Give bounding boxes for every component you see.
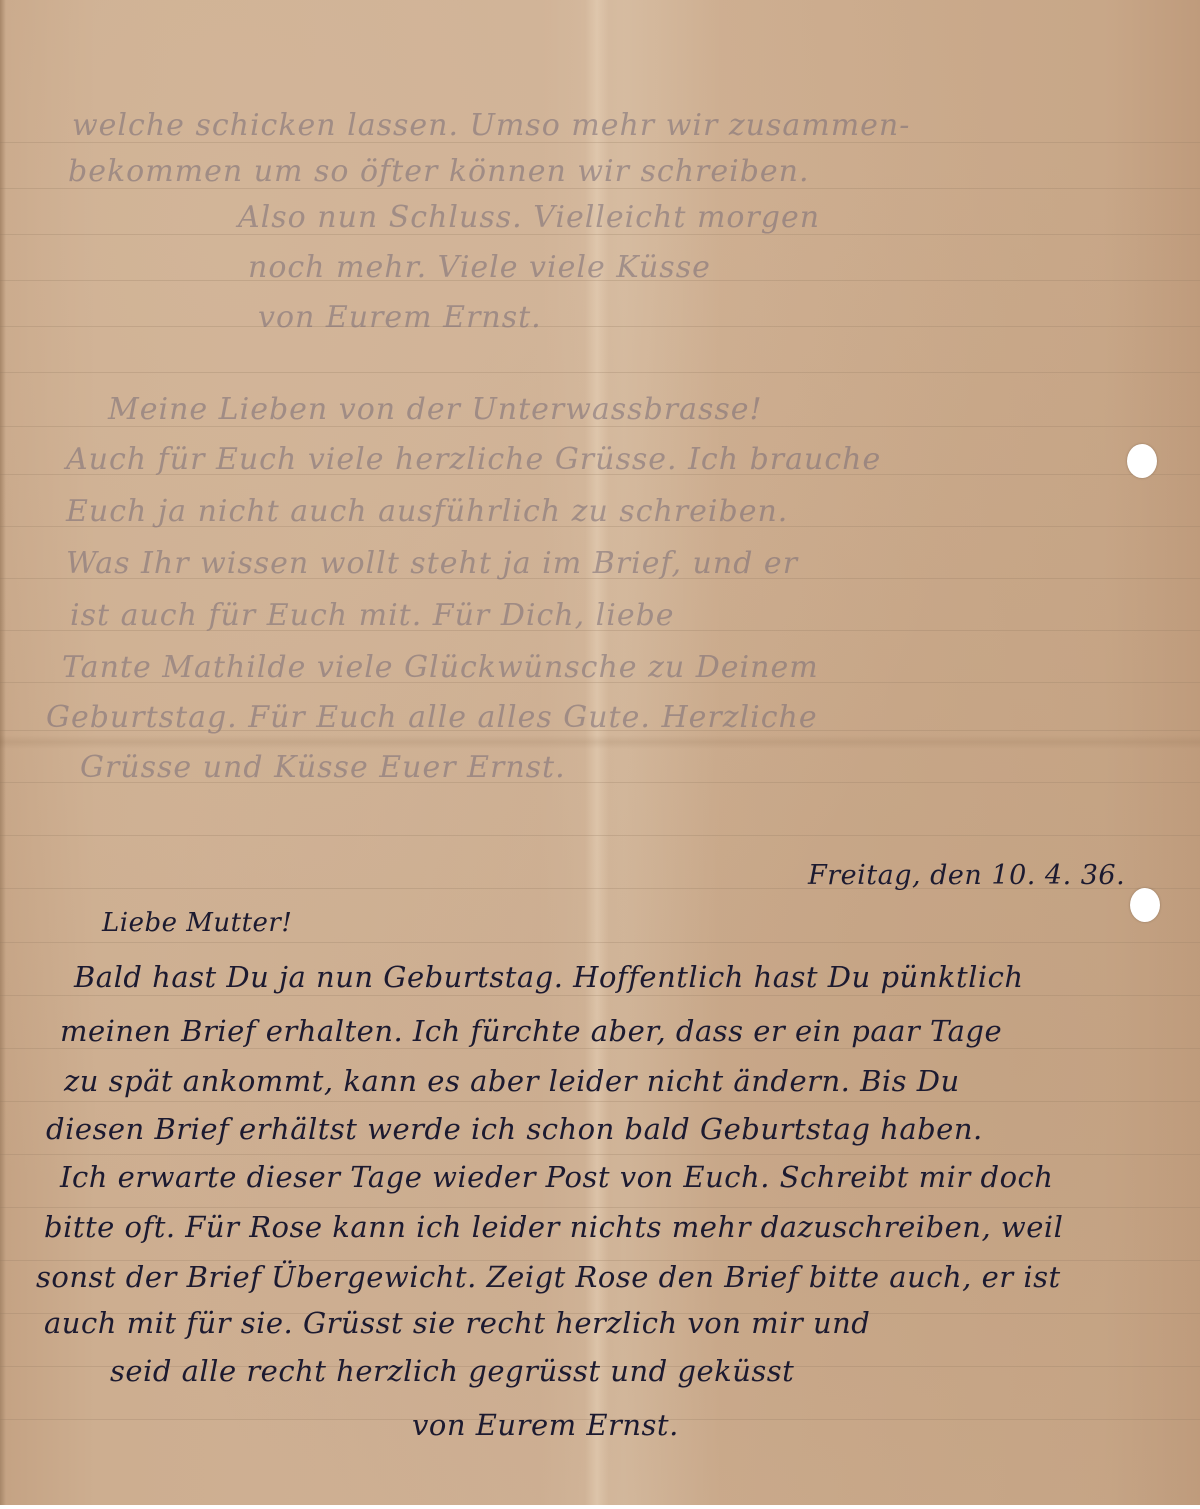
body-line: auch mit für sie. Grüsst sie recht herzl… [44,1306,870,1340]
body-line: sonst der Brief Übergewicht. Zeigt Rose … [36,1260,1061,1294]
pencil-line: bekommen um so öfter können wir schreibe… [68,154,810,189]
ruled-line [0,995,1200,996]
pencil-line: Euch ja nicht auch ausführlich zu schrei… [66,494,788,529]
pencil-greeting: Meine Lieben von der Unterwassbrasse! [108,392,763,427]
pencil-line: Tante Mathilde viele Glückwünsche zu Dei… [62,650,819,685]
pencil-line: Auch für Euch viele herzliche Grüsse. Ic… [66,442,881,477]
pencil-line: Was Ihr wissen wollt steht ja im Brief, … [66,546,798,581]
body-line: Bald hast Du ja nun Geburtstag. Hoffentl… [74,960,1024,994]
salutation: Liebe Mutter! [102,908,292,938]
ruled-line [0,372,1200,373]
pencil-line: welche schicken lassen. Umso mehr wir zu… [72,108,910,143]
body-line: seid alle recht herzlich gegrüsst und ge… [110,1354,794,1388]
body-line: Ich erwarte dieser Tage wieder Post von … [60,1160,1053,1194]
letter-page: welche schicken lassen. Umso mehr wir zu… [0,0,1200,1509]
body-line: meinen Brief erhalten. Ich fürchte aber,… [60,1014,1002,1048]
pencil-line: Also nun Schluss. Vielleicht morgen [238,200,820,235]
punch-hole [1130,888,1160,922]
body-line: zu spät ankommt, kann es aber leider nic… [64,1064,960,1098]
scan-bottom-edge [0,1505,1200,1509]
ruled-line [0,1101,1200,1102]
paper-edge-shadow [0,0,6,1509]
pencil-line: Geburtstag. Für Euch alle alles Gute. He… [46,700,818,735]
closing-signature: von Eurem Ernst. [412,1408,679,1442]
pencil-line: noch mehr. Viele viele Küsse [248,250,711,285]
ruled-line [0,835,1200,836]
dateline: Freitag, den 10. 4. 36. [808,860,1125,891]
pencil-line: ist auch für Euch mit. Für Dich, liebe [70,598,675,633]
ruled-line [0,326,1200,327]
ruled-line [0,1154,1200,1155]
ruled-line [0,1048,1200,1049]
pencil-line: von Eurem Ernst. [258,300,542,335]
horizontal-fold-crease [0,735,1200,749]
pencil-line: Grüsse und Küsse Euer Ernst. [80,750,566,785]
ruled-line [0,1207,1200,1208]
body-line: bitte oft. Für Rose kann ich leider nich… [44,1210,1063,1244]
punch-hole [1127,444,1157,478]
ruled-line [0,942,1200,943]
body-line: diesen Brief erhältst werde ich schon ba… [46,1112,983,1146]
